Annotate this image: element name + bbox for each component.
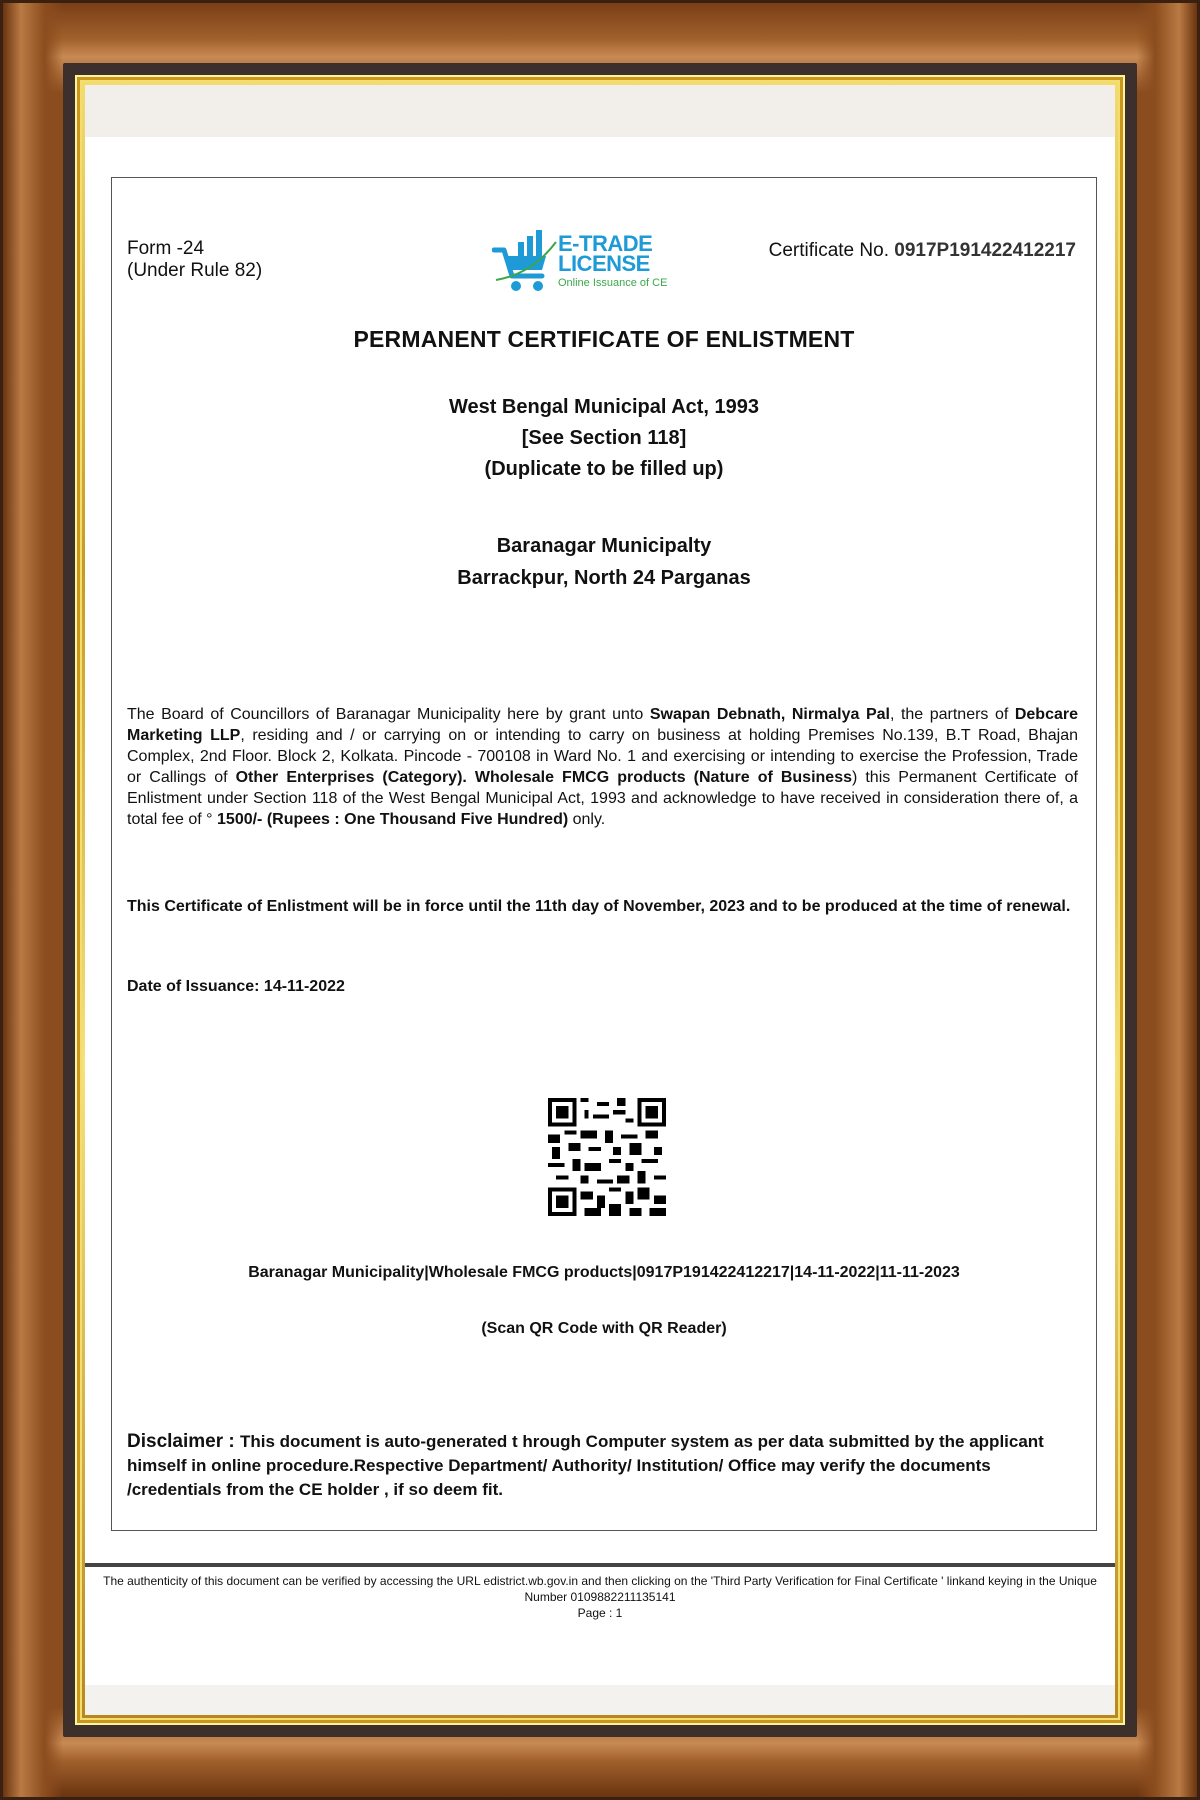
form-reference: Form -24 (Under Rule 82) (127, 238, 262, 282)
disclaimer-text: This document is auto-generated t hrough… (127, 1432, 1044, 1499)
page-title: PERMANENT CERTIFICATE OF ENLISTMENT (112, 326, 1096, 353)
footer: The authenticity of this document can be… (91, 1573, 1109, 1621)
issuance-date: Date of Issuance: 14-11-2022 (127, 978, 345, 996)
disclaimer-label: Disclaimer : (127, 1431, 240, 1452)
grant-text: only. (568, 811, 605, 828)
logo-line2: LICENSE (558, 254, 667, 274)
disclaimer: Disclaimer : This document is auto-gener… (127, 1430, 1082, 1502)
act-name: West Bengal Municipal Act, 1993 (112, 392, 1096, 423)
grant-text: , the partners of (890, 706, 1015, 723)
rule-reference: (Under Rule 82) (127, 260, 262, 282)
page-number: Page : 1 (91, 1605, 1109, 1621)
shopping-cart-chart-icon (492, 228, 558, 296)
grant-paragraph: The Board of Councillors of Baranagar Mu… (127, 704, 1078, 830)
act-section: [See Section 118] (112, 423, 1096, 454)
logo-tagline: Online Issuance of CE (558, 276, 667, 290)
verification-note: The authenticity of this document can be… (91, 1573, 1109, 1605)
paper-bottom-margin (85, 1685, 1115, 1715)
wooden-frame: Form -24 (Under Rule 82) E-TRADE LICENSE (0, 0, 1200, 1800)
footer-divider (85, 1563, 1115, 1567)
municipality-district: Barrackpur, North 24 Parganas (112, 562, 1096, 594)
form-number: Form -24 (127, 238, 262, 260)
fee-amount: 1500/- (Rupees : One Thousand Five Hundr… (217, 811, 568, 828)
issuing-authority: Baranagar Municipalty Barrackpur, North … (112, 530, 1096, 594)
municipality-name: Baranagar Municipalty (112, 530, 1096, 562)
duplicate-note: (Duplicate to be filled up) (112, 454, 1096, 485)
grant-text: The Board of Councillors of Baranagar Mu… (127, 706, 650, 723)
partner-names: Swapan Debnath, Nirmalya Pal (650, 706, 890, 723)
etrade-license-logo: E-TRADE LICENSE Online Issuance of CE (492, 228, 692, 298)
certificate-number-value: 0917P191422412217 (894, 240, 1076, 261)
logo-wordmark: E-TRADE LICENSE Online Issuance of CE (558, 234, 667, 290)
certificate-paper: Form -24 (Under Rule 82) E-TRADE LICENSE (85, 85, 1115, 1715)
certificate-number: Certificate No. 0917P191422412217 (769, 240, 1076, 262)
scan-hint: (Scan QR Code with QR Reader) (112, 1320, 1096, 1338)
certificate-number-label: Certificate No. (769, 240, 889, 261)
certificate-body-box: Form -24 (Under Rule 82) E-TRADE LICENSE (111, 177, 1097, 1531)
validity-statement: This Certificate of Enlistment will be i… (127, 896, 1078, 917)
paper-top-margin (85, 85, 1115, 137)
qr-caption: Baranagar Municipality|Wholesale FMCG pr… (112, 1264, 1096, 1282)
qr-code-icon (548, 1096, 666, 1218)
business-category: Other Enterprises (Category). Wholesale … (236, 769, 852, 786)
act-reference: West Bengal Municipal Act, 1993 [See Sec… (112, 392, 1096, 485)
